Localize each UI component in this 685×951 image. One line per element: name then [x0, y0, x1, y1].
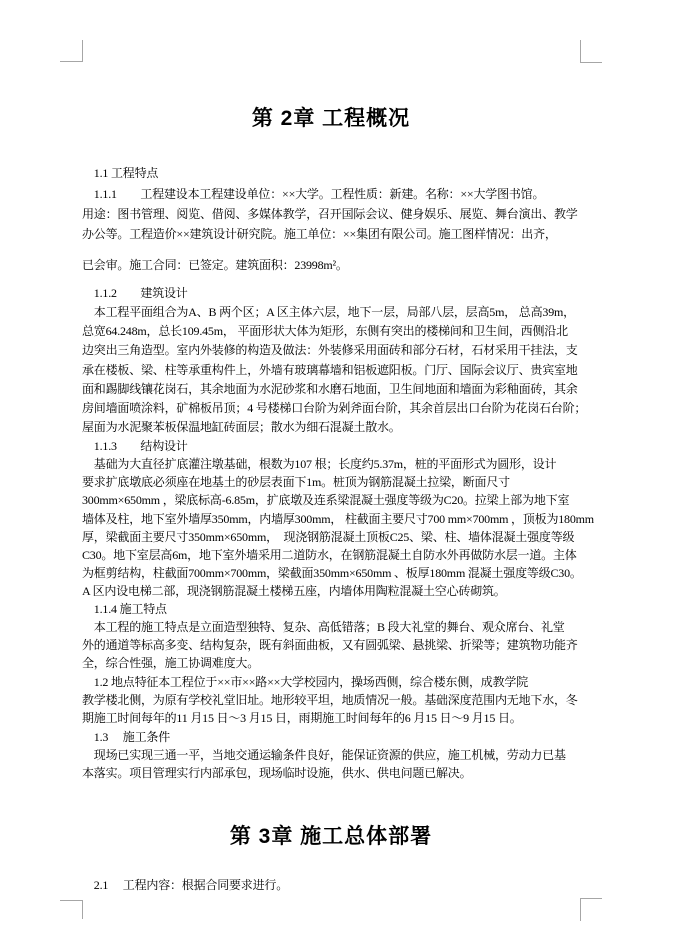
text-line: 总宽64.248m，总长109.45m， 平面形状大体为矩形，东侧有突出的楼梯间… [82, 322, 592, 341]
text-line: 房间墙面喷涂料，矿棉板吊顶；4 号楼梯口台阶为剁斧面台阶，其余首层出口台阶为花岗… [82, 399, 592, 418]
text-line: 1.2 地点特征本工程位于××市××路××大学校园内，操场西侧，综合楼东侧，成教… [82, 673, 592, 691]
text-line: 1.1.4 施工特点 [82, 600, 592, 618]
text-line: 本工程的施工特点是立面造型独特、复杂、高低错落；B 段大礼堂的舞台、观众席台、礼… [82, 618, 592, 636]
text-line: 教学楼北侧，为原有学校礼堂旧址。地形较平坦，地质情况一般。基础深度范围内无地下水… [82, 691, 592, 709]
text-boundary-mark-bottom-left [60, 900, 83, 919]
paragraph-1-1-3: 基础为大直径扩底灌注墩基础，根数为107 根；长度约5.37m，桩的平面形式为圆… [82, 455, 592, 601]
text-boundary-mark-bottom-right [580, 898, 602, 921]
text-line: 现场已实现三通一平，当地交通运输条件良好，能保证资源的供应，施工机械，劳动力已基 [82, 746, 592, 764]
text-line: C30。地下室层高6m，地下室外墙采用二道防水，在钢筋混凝土自防水外再做防水层一… [82, 546, 592, 564]
section-heading-1-1-3: 1.1.3 结构设计 [82, 437, 592, 455]
text-line: 为框剪结构，柱截面700mm×700mm，梁截面350mm×650mm 、板厚1… [82, 564, 592, 582]
paragraph-2-1: 2.1 工程内容：根据合同要求进行。 [82, 876, 592, 894]
text-line: 1.1 工程特点 [82, 164, 592, 182]
paragraph-1-2: 1.2 地点特征本工程位于××市××路××大学校园内，操场西侧，综合楼东侧，成教… [82, 673, 592, 727]
text-line: 屋面为水泥聚苯板保温地缸砖面层；散水为细石混凝土散水。 [82, 418, 592, 437]
section-heading-1-1: 1.1 工程特点 [82, 164, 592, 182]
text-line: 边突出三角造型。室内外装修的构造及做法：外装修采用面砖和部分石材，石材采用干挂法… [82, 341, 592, 360]
text-line: 基础为大直径扩底灌注墩基础，根数为107 根；长度约5.37m，桩的平面形式为圆… [82, 455, 592, 473]
text-line: 本落实。项目管理实行内部承包，现场临时设施，供水、供电问题已解决。 [82, 764, 592, 782]
paragraph-1-1-1-cont: 已会审。施工合同：已签定。建筑面积：23998m²。 [82, 256, 592, 274]
text-line: 墙体及柱，地下室外墙厚350mm，内墙厚300mm， 柱截面主要尺寸700 mm… [82, 510, 592, 528]
text-line: 面和踢脚线镶花岗石，其余地面为水泥砂浆和水磨石地面，卫生间地面和墙面为彩釉面砖，… [82, 380, 592, 399]
section-heading-1-1-2: 1.1.2 建筑设计 [82, 284, 592, 302]
text-line: 承在楼板、梁、柱等承重构件上，外墙有玻璃幕墙和铝板遮阳板。门厅、国际会议厅、贵宾… [82, 361, 592, 380]
chapter-3-title: 第 3章 施工总体部署 [82, 822, 580, 852]
paragraph-1-3: 现场已实现三通一平，当地交通运输条件良好，能保证资源的供应，施工机械，劳动力已基… [82, 746, 592, 782]
document-page: 第 2章 工程概况 1.1 工程特点 1.1.1 工程建设本工程建设单位：××大… [0, 0, 685, 951]
text-line: 期施工时间每年的11 月15 日～3 月15 日，雨期施工时间每年的6 月15 … [82, 709, 592, 727]
chapter-2-title: 第 2章 工程概况 [82, 104, 580, 134]
text-line: 1.1.2 建筑设计 [82, 284, 592, 302]
text-line: A 区内设电梯二部，现浇钢筋混凝土楼梯五座，内墙体用陶粒混凝土空心砖砌筑。 [82, 582, 592, 600]
text-line: 办公等。工程造价××建筑设计研究院。施工单位：××集团有限公司。施工图样情况：出… [82, 224, 592, 244]
text-line: 1.3 施工条件 [82, 728, 592, 746]
text-line: 本工程平面组合为A、B 两个区；A 区主体六层，地下一层，局部八层，层高5m， … [82, 303, 592, 322]
text-line: 外的通道等标高多变、结构复杂，既有斜面曲板，又有圆弧梁、悬挑梁、折梁等；建筑物功… [82, 636, 592, 654]
paragraph-1-1-4: 本工程的施工特点是立面造型独特、复杂、高低错落；B 段大礼堂的舞台、观众席台、礼… [82, 618, 592, 672]
text-line: 全，综合性强，施工协调难度大。 [82, 654, 592, 672]
paragraph-1-1-2: 本工程平面组合为A、B 两个区；A 区主体六层，地下一层，局部八层，层高5m， … [82, 303, 592, 437]
text-line: 1.1.3 结构设计 [82, 437, 592, 455]
text-line: 300mm×650mm ，梁底标高-6.85m，扩底墩及连系梁混凝土强度等级为C… [82, 491, 592, 509]
text-boundary-mark-top-right [580, 40, 602, 63]
section-heading-1-1-4: 1.1.4 施工特点 [82, 600, 592, 618]
section-heading-1-3: 1.3 施工条件 [82, 728, 592, 746]
text-line: 2.1 工程内容：根据合同要求进行。 [82, 876, 592, 894]
text-line: 厚，梁截面主要尺寸350mm×650mm， 现浇钢筋混凝土顶板C25、梁、柱、墙… [82, 528, 592, 546]
text-line: 已会审。施工合同：已签定。建筑面积：23998m²。 [82, 256, 592, 274]
text-line: 要求扩底墩底必须座在地基土的砂层表面下1m。桩顶为钢筋混凝土拉梁，断面尺寸 [82, 473, 592, 491]
text-boundary-mark-top-left [60, 40, 83, 62]
text-line: 1.1.1 工程建设本工程建设单位：××大学。工程性质：新建。名称：××大学图书… [82, 184, 592, 204]
paragraph-1-1-1: 1.1.1 工程建设本工程建设单位：××大学。工程性质：新建。名称：××大学图书… [82, 184, 592, 244]
text-line: 用途：图书管理、阅览、借阅、多媒体教学，召开国际会议、健身娱乐、展览、舞台演出、… [82, 204, 592, 224]
